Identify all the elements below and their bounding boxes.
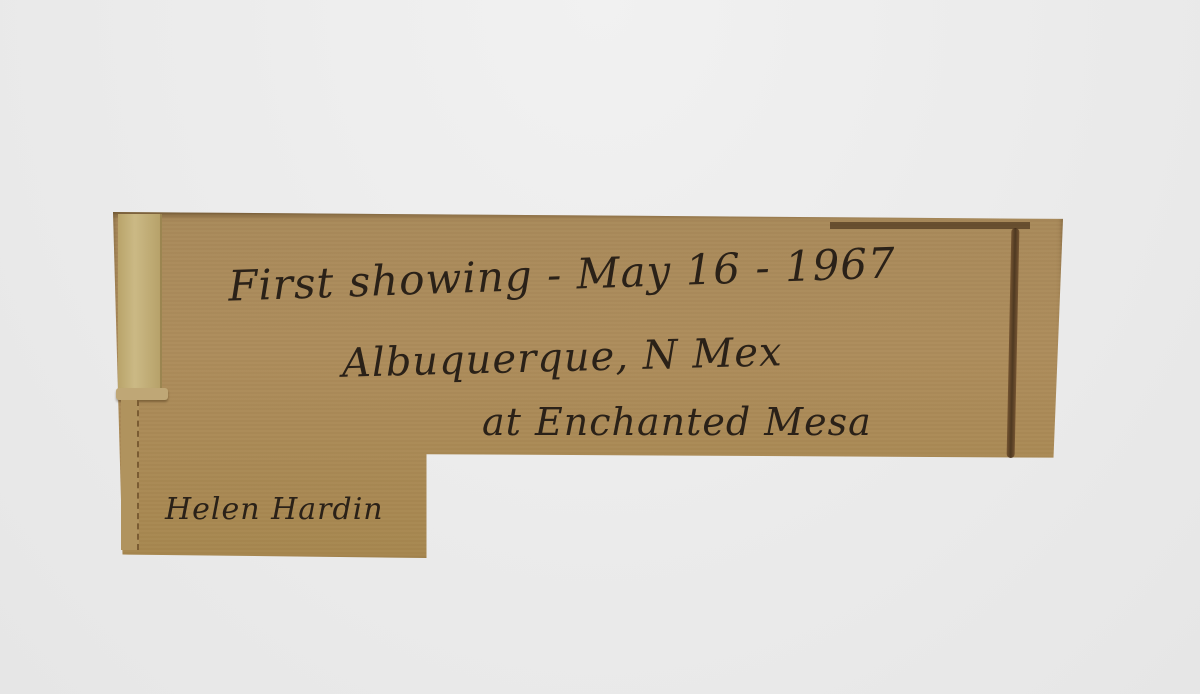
torn-tape-end — [116, 388, 168, 400]
masking-tape-strip — [118, 214, 162, 394]
cardboard-dark-edge — [830, 222, 1030, 229]
artist-signature: Helen Hardin — [165, 492, 384, 527]
inscription-line-3: at Enchanted Mesa — [482, 400, 872, 444]
cardboard-torn-edge — [121, 400, 139, 550]
